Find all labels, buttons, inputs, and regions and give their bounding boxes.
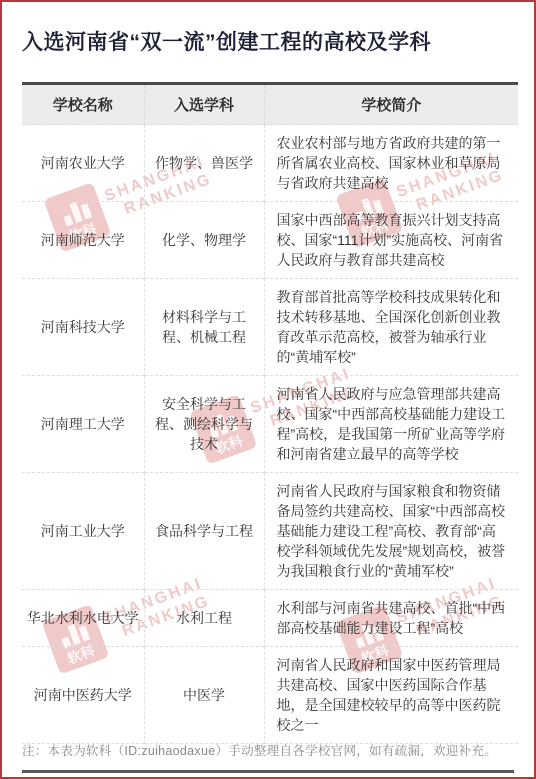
school-intro: 教育部首批高等学校科技成果转化和技术转移基地、全国深化创新创业教育改革示范高校，… xyxy=(264,279,518,376)
table-row: 河南科技大学 材料科学与工程、机械工程 教育部首批高等学校科技成果转化和技术转移… xyxy=(22,279,518,376)
schools-table-wrap: 学校名称 入选学科 学校简介 河南农业大学 作物学、兽医学 农业农村部与地方省政… xyxy=(22,82,514,744)
school-subjects: 材料科学与工程、机械工程 xyxy=(144,279,264,376)
school-subjects: 安全科学与工程、测绘科学与技术 xyxy=(144,376,264,473)
school-name: 河南师范大学 xyxy=(22,202,144,279)
page-title: 入选河南省“双一流”创建工程的高校及学科 xyxy=(22,28,514,58)
table-row: 华北水利水电大学 水利工程 水利部与河南省共建高校、首批“中西部高校基础能力建设… xyxy=(22,590,518,647)
school-name: 河南农业大学 xyxy=(22,125,144,202)
school-name: 河南工业大学 xyxy=(22,473,144,590)
schools-table: 学校名称 入选学科 学校简介 河南农业大学 作物学、兽医学 农业农村部与地方省政… xyxy=(22,82,518,744)
table-header-row: 学校名称 入选学科 学校简介 xyxy=(22,84,518,125)
school-intro: 河南省人民政府与应急管理部共建高校、国家“中西部高校基础能力建设工程”高校，是我… xyxy=(264,376,518,473)
school-name: 河南科技大学 xyxy=(22,279,144,376)
infographic-frame: 软科 SHANGHAI RANKING 软科 SHANGHAI RANKING … xyxy=(0,0,536,779)
column-header-intro: 学校简介 xyxy=(264,84,518,125)
school-intro: 国家中西部高等教育振兴计划支持高校、国家“111计划”实施高校、河南省人民政府与… xyxy=(264,202,518,279)
school-name: 河南中医药大学 xyxy=(22,647,144,744)
table-row: 河南理工大学 安全科学与工程、测绘科学与技术 河南省人民政府与应急管理部共建高校… xyxy=(22,376,518,473)
school-subjects: 化学、物理学 xyxy=(144,202,264,279)
school-subjects: 水利工程 xyxy=(144,590,264,647)
school-name: 华北水利水电大学 xyxy=(22,590,144,647)
table-row: 河南农业大学 作物学、兽医学 农业农村部与地方省政府共建的第一所省属农业高校、国… xyxy=(22,125,518,202)
school-intro: 河南省人民政府和国家中医药管理局共建高校、国家中医药国际合作基地，是全国建校较早… xyxy=(264,647,518,744)
school-subjects: 食品科学与工程 xyxy=(144,473,264,590)
school-name: 河南理工大学 xyxy=(22,376,144,473)
table-row: 河南中医药大学 中医学 河南省人民政府和国家中医药管理局共建高校、国家中医药国际… xyxy=(22,647,518,744)
bottom-divider xyxy=(22,770,514,773)
footnote: 注：本表为软科（ID:zuihaodaxue）手动整理自各学校官网，如有疏漏，欢… xyxy=(22,741,514,759)
table-row: 河南师范大学 化学、物理学 国家中西部高等教育振兴计划支持高校、国家“111计划… xyxy=(22,202,518,279)
table-row: 河南工业大学 食品科学与工程 河南省人民政府与国家粮食和物资储备局签约共建高校、… xyxy=(22,473,518,590)
column-header-school-name: 学校名称 xyxy=(22,84,144,125)
school-intro: 水利部与河南省共建高校、首批“中西部高校基础能力建设工程”高校 xyxy=(264,590,518,647)
school-subjects: 作物学、兽医学 xyxy=(144,125,264,202)
school-intro: 农业农村部与地方省政府共建的第一所省属农业高校、国家林业和草原局与省政府共建高校 xyxy=(264,125,518,202)
school-intro: 河南省人民政府与国家粮食和物资储备局签约共建高校、国家“中西部高校基础能力建设工… xyxy=(264,473,518,590)
column-header-subjects: 入选学科 xyxy=(144,84,264,125)
school-subjects: 中医学 xyxy=(144,647,264,744)
